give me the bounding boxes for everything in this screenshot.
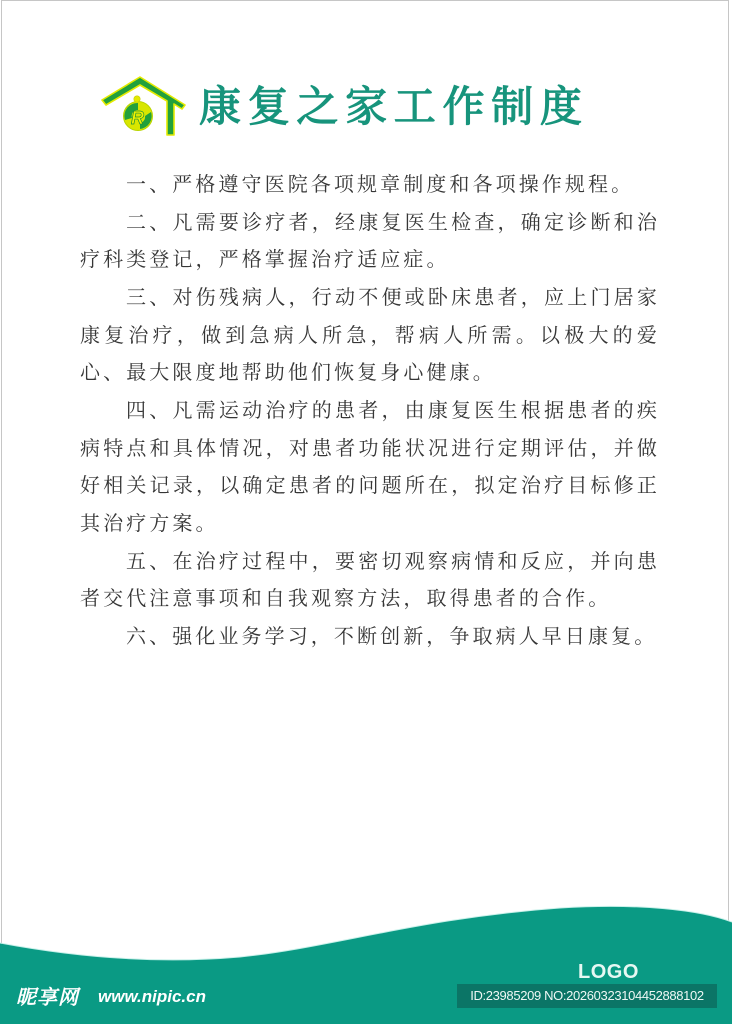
rule-paragraph-2: 二、凡需要诊疗者，经康复医生检查，确定诊断和治 疗科类登记，严格掌握治疗适应症。 — [80, 204, 660, 279]
watermark-site-name: 昵享网 — [16, 984, 79, 1010]
rule-line: 心、最大限度地帮助他们恢复身心健康。 — [80, 354, 660, 392]
rule-line: 者交代注意事项和自我观察方法，取得患者的合作。 — [80, 580, 660, 618]
rule-paragraph-5: 五、在治疗过程中，要密切观察病情和反应，并向患 者交代注意事项和自我观察方法，取… — [80, 543, 660, 618]
rule-paragraph-3: 三、对伤残病人，行动不便或卧床患者，应上门居家 康复治疗，做到急病人所急，帮病人… — [80, 279, 660, 392]
watermark-url: www.nipic.cn — [98, 986, 206, 1008]
logo-placeholder-text: LOGO — [578, 962, 639, 982]
rule-line: 疗科类登记，严格掌握治疗适应症。 — [80, 241, 660, 279]
rule-line: 康复治疗，做到急病人所急，帮病人所需。以极大的爱 — [80, 317, 660, 355]
rule-line: 三、对伤残病人，行动不便或卧床患者，应上门居家 — [80, 279, 660, 317]
rule-line: 好相关记录，以确定患者的问题所在，拟定治疗目标修正 — [80, 467, 660, 505]
svg-text:R: R — [131, 108, 144, 128]
rule-line: 其治疗方案。 — [80, 505, 660, 543]
rule-line: 病特点和具体情况，对患者功能状况进行定期评估，并做 — [80, 430, 660, 468]
rule-line: 六、强化业务学习，不断创新，争取病人早日康复。 — [80, 618, 660, 656]
rule-paragraph-6: 六、强化业务学习，不断创新，争取病人早日康复。 — [80, 618, 660, 656]
rules-body: 一、严格遵守医院各项规章制度和各项操作规程。 二、凡需要诊疗者，经康复医生检查，… — [80, 166, 660, 656]
rule-paragraph-4: 四、凡需运动治疗的患者，由康复医生根据患者的疾 病特点和具体情况，对患者功能状况… — [80, 392, 660, 543]
page-title: 康复之家工作制度 — [199, 80, 589, 134]
rule-line: 四、凡需运动治疗的患者，由康复医生根据患者的疾 — [80, 392, 660, 430]
rehab-house-logo-icon: R — [100, 74, 186, 138]
rule-line: 二、凡需要诊疗者，经康复医生检查，确定诊断和治 — [80, 204, 660, 242]
watermark-id-badge: ID:23985209 NO:20260323104452888102 — [457, 984, 717, 1008]
rule-line: 五、在治疗过程中，要密切观察病情和反应，并向患 — [80, 543, 660, 581]
rule-paragraph-1: 一、严格遵守医院各项规章制度和各项操作规程。 — [80, 166, 660, 204]
rule-line: 一、严格遵守医院各项规章制度和各项操作规程。 — [80, 166, 660, 204]
